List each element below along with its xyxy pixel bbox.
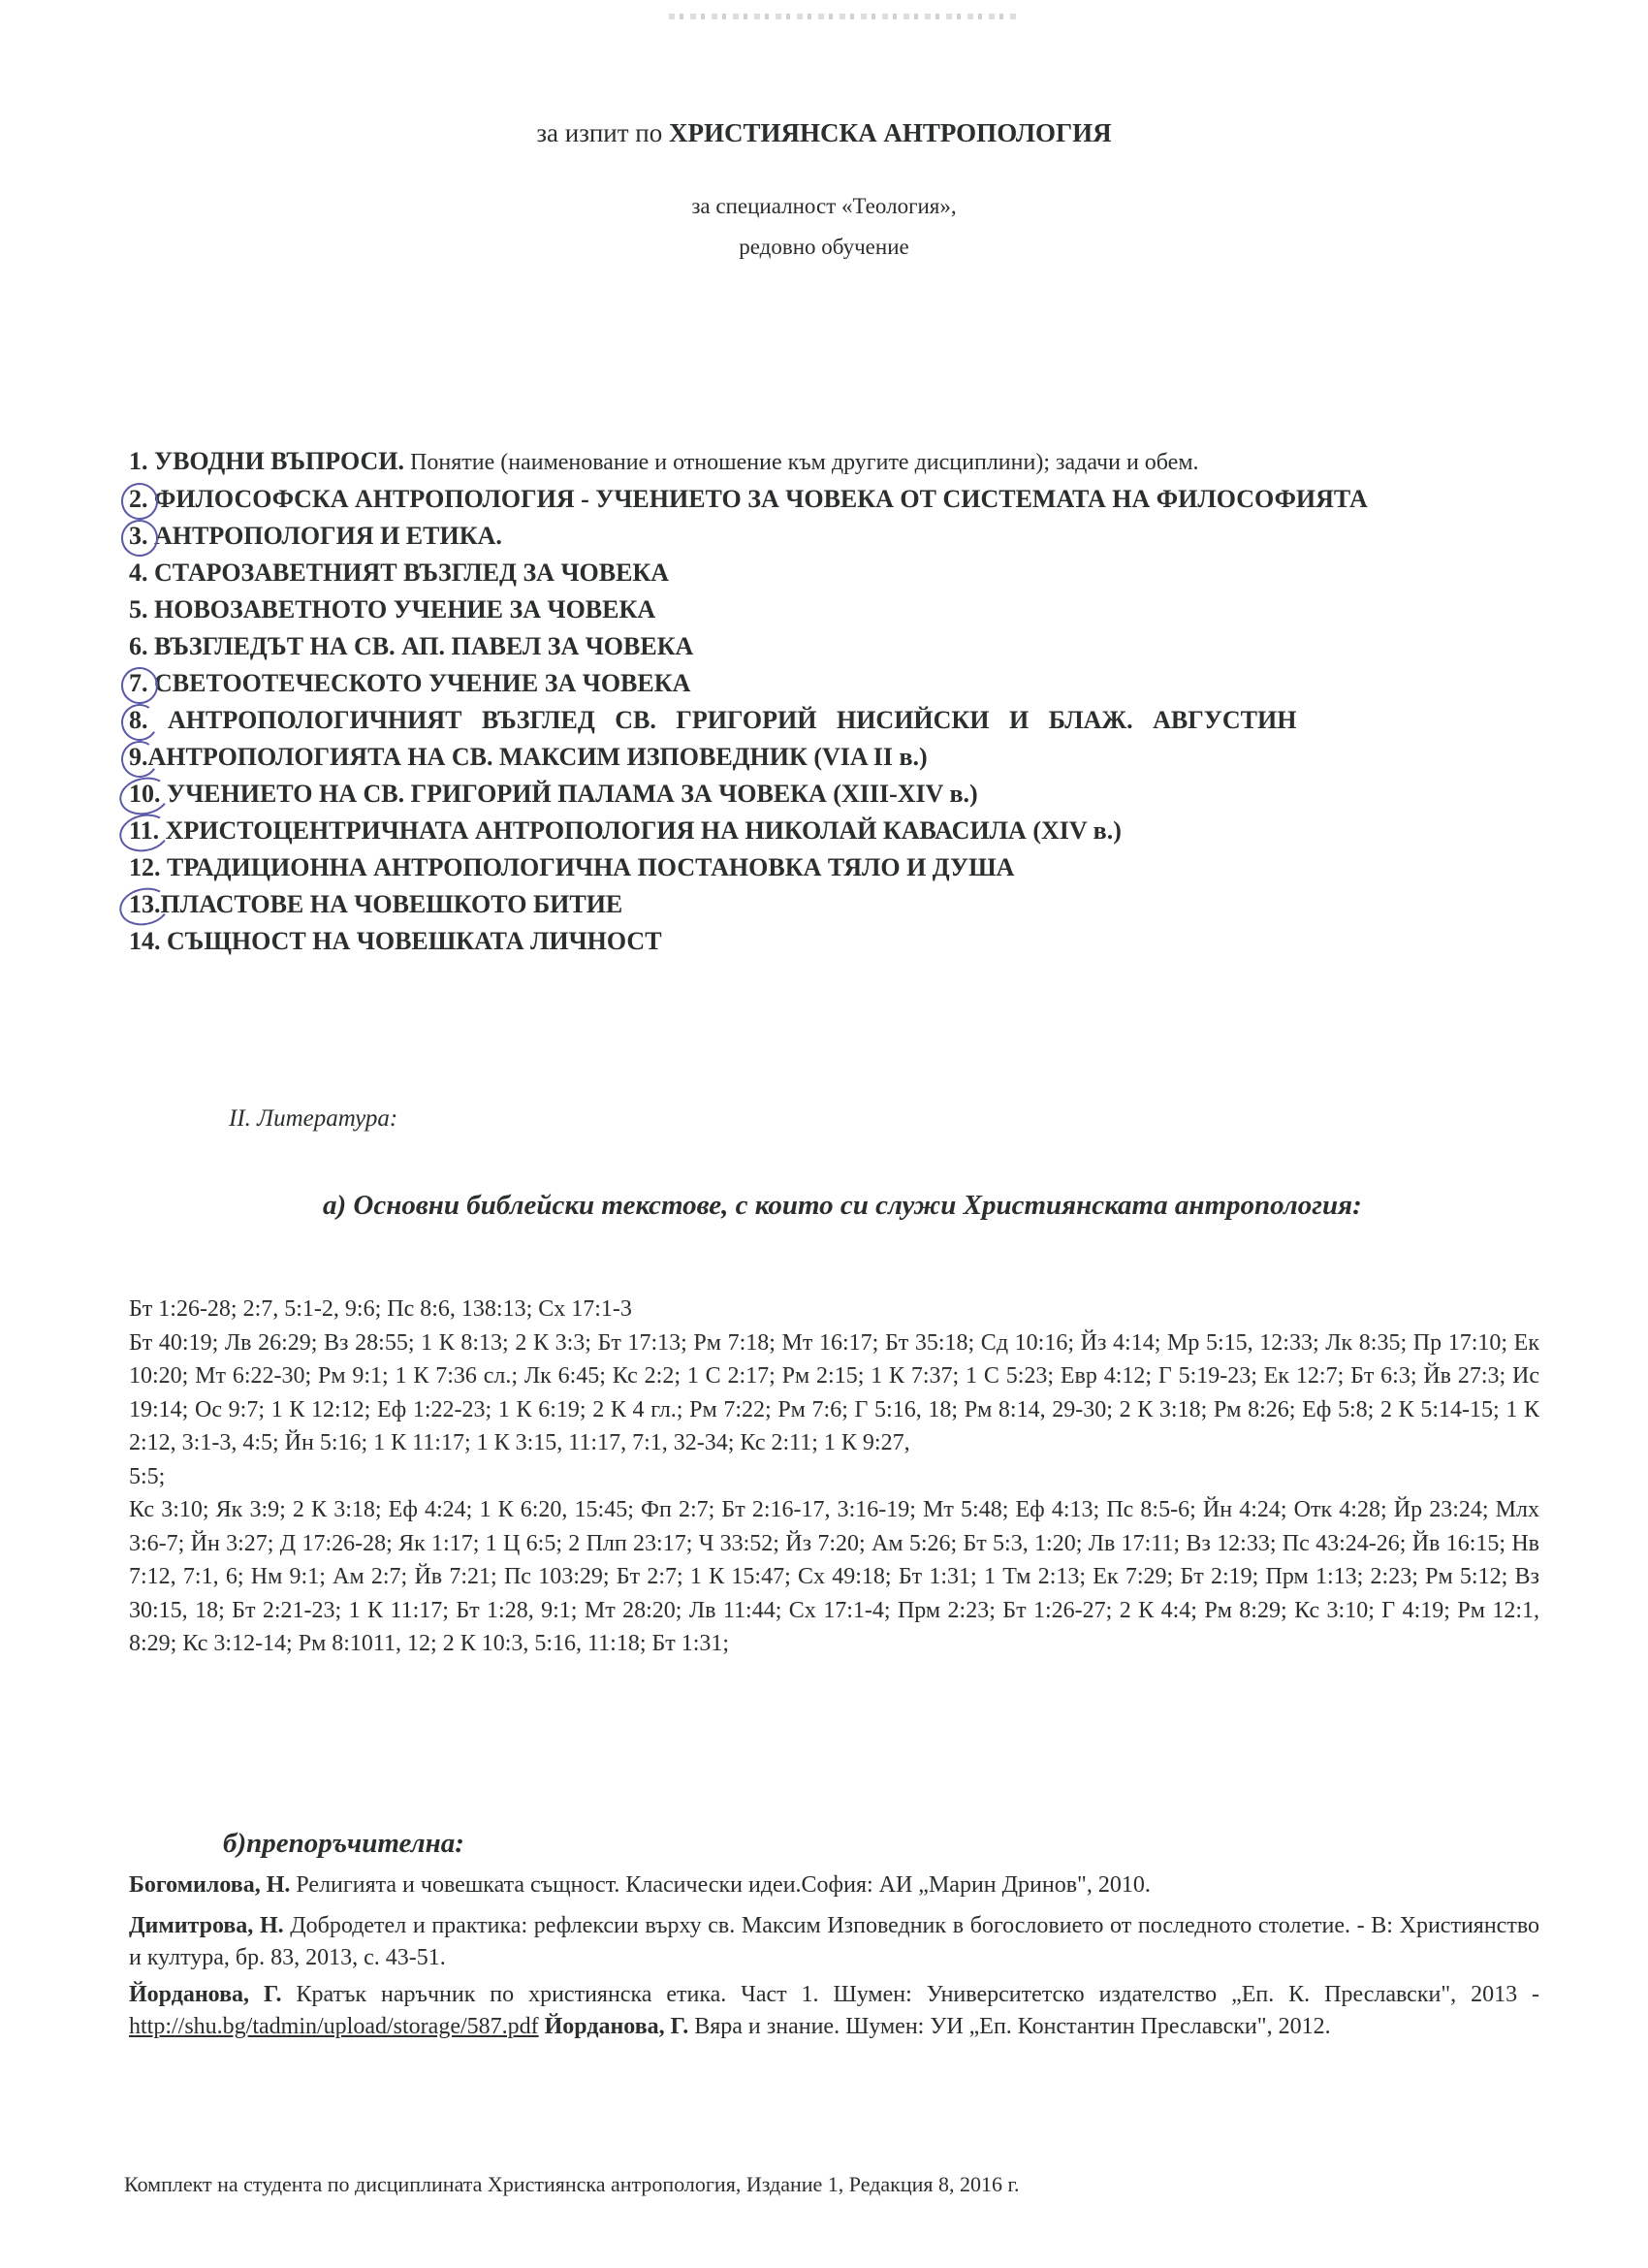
book-details: Кратък наръчник по християнска етика. Ча… [282,1982,1539,2007]
bible-references: Бт 1:26-28; 2:7, 5:1-2, 9:6; Пс 8:6, 138… [129,1293,1539,1661]
reference-paragraph: 5:5; [129,1460,1539,1494]
topic-number: 1. [129,443,148,480]
scan-artifact [669,14,1018,19]
topic-title: СЪЩНОСТ НА ЧОВЕШКАТА ЛИЧНОСТ [167,927,662,955]
section-b-heading: б)препоръчителна: [223,1828,464,1860]
topic-number: 13. [129,886,161,923]
book-entry: Димитрова, Н. Добродетел и практика: реф… [129,1910,1539,1974]
topic-item: 10. УЧЕНИЕТО НА СВ. ГРИГОРИЙ ПАЛАМА ЗА Ч… [129,776,1505,813]
topic-item: 4. СТАРОЗАВЕТНИЯТ ВЪЗГЛЕД ЗА ЧОВЕКА [129,555,1505,591]
topic-title: НОВОЗАВЕТНОТО УЧЕНИЕ ЗА ЧОВЕКА [154,595,655,623]
topic-number: 14. [129,923,161,960]
topic-item: 13.ПЛАСТОВЕ НА ЧОВЕШКОТО БИТИЕ [129,886,1505,923]
topic-number: 12. [129,849,161,886]
book-link[interactable]: http://shu.bg/tadmin/upload/storage/587.… [129,2014,539,2039]
topic-number: 6. [129,628,148,665]
book-details: Вяра и знание. Шумен: УИ „Еп. Константин… [688,2014,1330,2039]
reference-paragraph: Бт 1:26-28; 2:7, 5:1-2, 9:6; Пс 8:6, 138… [129,1293,1539,1326]
topic-item: 2. ФИЛОСОФСКА АНТРОПОЛОГИЯ - УЧЕНИЕТО ЗА… [129,481,1389,518]
literature-heading: II. Литература: [229,1105,397,1133]
topic-item: 12. ТРАДИЦИОННА АНТРОПОЛОГИЧНА ПОСТАНОВК… [129,849,1505,886]
topic-description: Понятие (наименование и отношение към др… [404,450,1198,475]
topic-number: 9. [129,739,148,776]
topic-title: ХРИСТОЦЕНТРИЧНАТА АНТРОПОЛОГИЯ НА НИКОЛА… [166,816,1122,845]
topic-title: УВОДНИ ВЪПРОСИ. [154,447,404,475]
study-mode: редовно обучение [0,235,1648,260]
topic-title: ПЛАСТОВЕ НА ЧОВЕШКОТО БИТИЕ [161,890,623,918]
book-author: Йорданова, Г. [539,2014,689,2039]
title-prefix: за изпит по [536,118,669,147]
topic-item: 14. СЪЩНОСТ НА ЧОВЕШКАТА ЛИЧНОСТ [129,923,1505,960]
topic-title: СВЕТООТЕЧЕСКОТО УЧЕНИЕ ЗА ЧОВЕКА [154,669,690,697]
topic-number: 8. [129,702,148,739]
book-entry: Йорданова, Г. Кратък наръчник по христия… [129,1979,1539,2043]
topic-number: 5. [129,591,148,628]
book-entry: Богомилова, Н. Религията и човешката същ… [129,1869,1539,1901]
topic-item: 8. АНТРОПОЛОГИЧНИЯТ ВЪЗГЛЕД СВ. ГРИГОРИЙ… [129,702,1370,739]
topic-number: 4. [129,555,148,591]
topic-title: АНТРОПОЛОГИЧНИЯТ ВЪЗГЛЕД СВ. ГРИГОРИЙ НИ… [168,706,1296,734]
topic-item: 9.АНТРОПОЛОГИЯТА НА СВ. МАКСИМ ИЗПОВЕДНИ… [129,739,1505,776]
topic-title: АНТРОПОЛОГИЯ И ЕТИКА. [154,522,502,550]
book-author: Йорданова, Г. [129,1982,282,2007]
reference-paragraph: Кс 3:10; Як 3:9; 2 К 3:18; Еф 4:24; 1 К … [129,1493,1539,1661]
book-author: Богомилова, Н. [129,1872,290,1898]
book-author: Димитрова, Н. [129,1913,284,1938]
topic-title: СТАРОЗАВЕТНИЯТ ВЪЗГЛЕД ЗА ЧОВЕКА [154,559,669,587]
topic-item: 7. СВЕТООТЕЧЕСКОТО УЧЕНИЕ ЗА ЧОВЕКА [129,665,1505,702]
section-a-heading: а) Основни библейски текстове, с които с… [129,1183,1409,1228]
topic-item: 6. ВЪЗГЛЕДЪТ НА СВ. АП. ПАВЕЛ ЗА ЧОВЕКА [129,628,1505,665]
topic-number: 2. [129,481,148,518]
topic-number: 10. [129,776,161,813]
specialty: за специалност «Теология», [0,194,1648,219]
book-details: Добродетел и практика: рефлексии върху с… [129,1913,1539,1970]
footer-note: Комплект на студента по дисциплината Хри… [124,2172,1020,2197]
topic-number: 11. [129,813,159,849]
recommended-books: Богомилова, Н. Религията и човешката същ… [129,1869,1539,2052]
topic-item: 1. УВОДНИ ВЪПРОСИ. Понятие (наименование… [129,443,1505,481]
topic-title: ФИЛОСОФСКА АНТРОПОЛОГИЯ - УЧЕНИЕТО ЗА ЧО… [154,485,1368,513]
book-details: Религията и човешката същност. Класическ… [290,1872,1150,1898]
topics-list: 1. УВОДНИ ВЪПРОСИ. Понятие (наименование… [129,443,1505,960]
topic-item: 3. АНТРОПОЛОГИЯ И ЕТИКА. [129,518,1505,555]
reference-paragraph: Бт 40:19; Лв 26:29; Вз 28:55; 1 К 8:13; … [129,1326,1539,1460]
title-subject: ХРИСТИЯНСКА АНТРОПОЛОГИЯ [669,118,1112,147]
topic-title: ВЪЗГЛЕДЪТ НА СВ. АП. ПАВЕЛ ЗА ЧОВЕКА [154,632,693,660]
page-title: за изпит по ХРИСТИЯНСКА АНТРОПОЛОГИЯ [0,118,1648,148]
topic-number: 7. [129,665,148,702]
topic-title: ТРАДИЦИОННА АНТРОПОЛОГИЧНА ПОСТАНОВКА ТЯ… [167,853,1014,881]
topic-item: 5. НОВОЗАВЕТНОТО УЧЕНИЕ ЗА ЧОВЕКА [129,591,1505,628]
topic-title: АНТРОПОЛОГИЯТА НА СВ. МАКСИМ ИЗПОВЕДНИК … [148,743,928,771]
topic-item: 11. ХРИСТОЦЕНТРИЧНАТА АНТРОПОЛОГИЯ НА НИ… [129,813,1505,849]
topic-title: УЧЕНИЕТО НА СВ. ГРИГОРИЙ ПАЛАМА ЗА ЧОВЕК… [167,780,978,808]
topic-number: 3. [129,518,148,555]
